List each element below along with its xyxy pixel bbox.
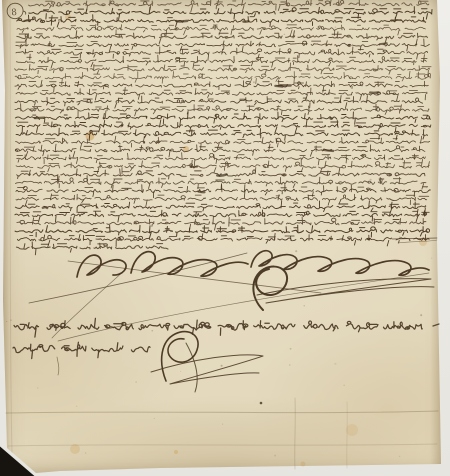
folio-number: 8: [11, 7, 17, 18]
attestation-lines: Yo [secretario] del Rey e de la Reyna nr…: [13, 318, 439, 358]
scanned-manuscript: 8 dense illegible cursive court hand, ir…: [0, 0, 450, 476]
manuscript-artwork: 8 dense illegible cursive court hand, ir…: [0, 0, 450, 476]
body-text-block: dense illegible cursive court hand, iron…: [15, 0, 432, 255]
rubric-paraph-flourish: notarial paraph flourish: [57, 332, 263, 392]
